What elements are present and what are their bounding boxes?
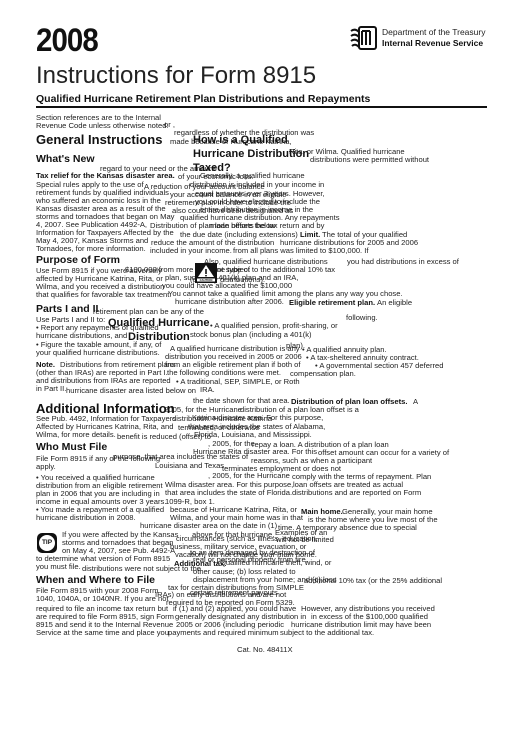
text-fragment: Tornadoes, for more information. bbox=[36, 245, 146, 253]
text-fragment: hurricane distribution in 2008. bbox=[36, 514, 136, 522]
text-fragment: following. bbox=[346, 314, 378, 322]
text-fragment: you had distributions in excess of bbox=[347, 258, 459, 266]
text-fragment: hurricane distribution after 2006. bbox=[175, 298, 284, 306]
text-fragment: in Part II. bbox=[36, 385, 66, 393]
text-fragment: subject to the additional tax. bbox=[280, 629, 374, 637]
text-fragment: compensation plan. bbox=[290, 370, 356, 378]
agency-irs: Internal Revenue Service bbox=[382, 38, 483, 48]
text-fragment: apply. bbox=[36, 463, 56, 471]
text-fragment: included in your income. bbox=[150, 247, 232, 255]
text-fragment: payments and required minimum bbox=[168, 629, 279, 637]
text-fragment: that qualifies for favorable tax treatme… bbox=[36, 291, 172, 299]
text-fragment: A bbox=[413, 398, 418, 406]
text-fragment: IRA. bbox=[200, 386, 215, 394]
tip-icon: TIP bbox=[37, 533, 57, 553]
section-heading: What's New bbox=[36, 153, 95, 165]
section-heading: Parts I and II bbox=[36, 303, 98, 315]
text-fragment: distributions were not subject to the bbox=[82, 565, 201, 573]
page-title: Instructions for Form 8915 bbox=[36, 62, 316, 90]
section-heading: Purpose of Form bbox=[36, 254, 120, 266]
irs-eagle-logo-icon bbox=[350, 25, 378, 51]
agency-department: Department of the Treasury bbox=[382, 27, 485, 37]
text-fragment: Eligible retirement plan. bbox=[289, 299, 375, 307]
text-fragment: Revenue Code unless otherwise noted. bbox=[36, 122, 169, 130]
page-subtitle: Qualified Hurricane Retirement Plan Dist… bbox=[36, 93, 370, 105]
text-fragment: Service at the same time and place you bbox=[36, 629, 169, 637]
section-heading: When and Where to File bbox=[36, 574, 155, 586]
text-fragment: from all plans was limited to $100,000. … bbox=[233, 247, 369, 255]
section-heading: General Instructions bbox=[36, 132, 162, 147]
text-fragment: Louisiana and Texas. bbox=[155, 462, 226, 470]
text-fragment: distributions and are reported on Form bbox=[292, 489, 421, 497]
text-fragment: Wilma, for more details. bbox=[36, 431, 116, 439]
text-fragment: retirement plan can be any of the bbox=[93, 308, 204, 316]
text-fragment: An eligible bbox=[377, 299, 412, 307]
caution-icon: CAUTION bbox=[195, 263, 217, 283]
svg-text:CAUTION: CAUTION bbox=[200, 278, 213, 282]
text-fragment: distributions were permitted without bbox=[310, 156, 429, 164]
text-fragment: your qualified hurricane distributions. bbox=[36, 349, 160, 357]
section-heading: Who Must File bbox=[36, 441, 107, 453]
text-fragment: hurricane disaster area listed below on bbox=[66, 387, 196, 395]
text-fragment: you must file. bbox=[36, 563, 81, 571]
catalog-number: Cat. No. 48411X bbox=[237, 645, 293, 654]
text-fragment: stock bonus plan (including a 401(k) bbox=[190, 331, 312, 339]
tip-label: TIP bbox=[39, 535, 55, 551]
text-fragment: 1040, 1040A, or 1040NR. If you are not bbox=[36, 595, 169, 603]
title-divider bbox=[36, 106, 487, 108]
section-heading: How is a Qualified bbox=[193, 134, 288, 146]
form-year: 2008 bbox=[36, 22, 98, 59]
text-fragment: certain retirement payouts bbox=[190, 589, 278, 597]
text-fragment: additional 10% tax (or the 25% additiona… bbox=[304, 577, 442, 585]
